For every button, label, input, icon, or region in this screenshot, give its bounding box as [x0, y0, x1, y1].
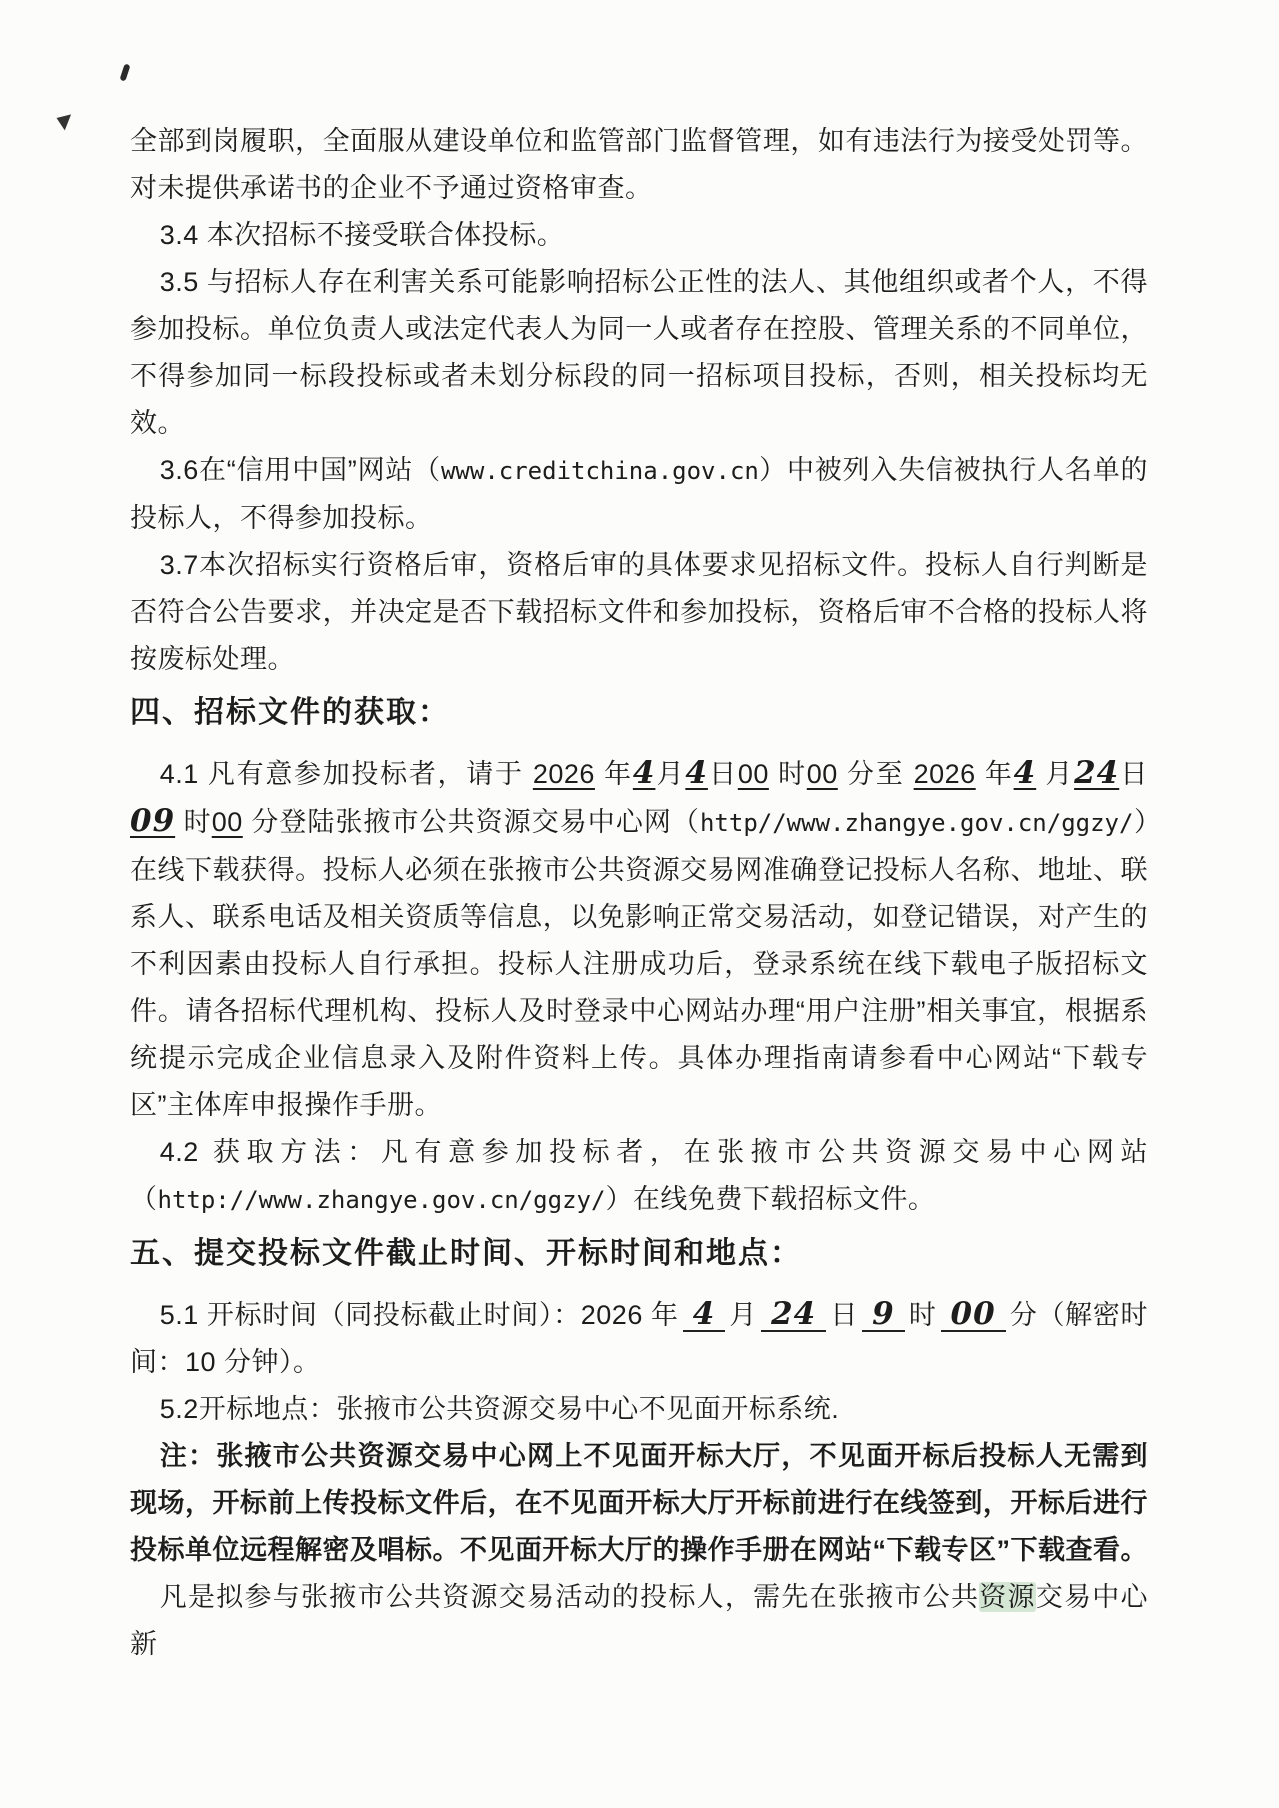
p51-hour-blank: 9	[862, 1300, 905, 1332]
p41-sep-hour-2: 时	[175, 807, 212, 837]
p41-sep-month-1: 月	[655, 759, 685, 789]
p51-lead: 5.1 开标时间（同投标截止时间）：2026 年	[160, 1300, 679, 1330]
zhangye-ggzy-url: http//www.zhangye.gov.cn/ggzy/	[700, 809, 1133, 837]
p41-sep-to: 分至	[838, 759, 914, 789]
paragraph-3-4: 3.4 本次招标不接受联合体投标。	[130, 212, 1148, 259]
p41-month-1-handwritten: 4	[633, 755, 656, 791]
section-5-heading: 五、提交投标文件截止时间、开标时间和地点：	[130, 1230, 1148, 1277]
p51-day-blank: 24	[761, 1300, 826, 1332]
final-lead: 凡是拟参与张掖市公共资源交易活动的投标人，需先在张掖市公共	[160, 1582, 980, 1612]
p41-sep-hour-1: 时	[769, 759, 807, 789]
p41-sep-month-2: 月	[1036, 759, 1074, 789]
p51-sep-day: 日	[830, 1300, 858, 1330]
ink-speck-comma-icon	[120, 63, 131, 81]
p42-tail: ）在线免费下载招标文件。	[605, 1184, 935, 1214]
p41-sep-year-1: 年	[595, 759, 633, 789]
p41-minute-2: 00	[212, 807, 243, 837]
p41-minute-1: 00	[807, 759, 838, 789]
p51-minute-blank: 00	[941, 1300, 1006, 1332]
paragraph-3-5: 3.5 与招标人存在利害关系可能影响招标公正性的法人、其他组织或者个人，不得参加…	[130, 259, 1148, 447]
p51-sep-month: 月	[729, 1300, 757, 1330]
p41-mid-text: 分登陆张掖市公共资源交易中心网（	[243, 807, 700, 837]
p41-hour-2-handwritten: 09	[130, 803, 175, 839]
section-4-heading: 四、招标文件的获取：	[130, 689, 1148, 736]
p51-day-handwritten: 24	[771, 1296, 816, 1332]
p51-minute-handwritten: 00	[951, 1296, 996, 1332]
p41-day-2-handwritten: 24	[1074, 755, 1119, 791]
document-page: 全部到岗履职，全面服从建设单位和监管部门监督管理，如有违法行为接受处罚等。对未提…	[0, 0, 1279, 1808]
p41-tail-text: ）在线下载获得。投标人必须在张掖市公共资源交易网准确登记投标人名称、地址、联系人…	[130, 807, 1148, 1120]
p41-month-2-handwritten: 4	[1014, 755, 1037, 791]
p41-day-1-handwritten: 4	[685, 755, 708, 791]
p41-sep-year-2: 年	[976, 759, 1014, 789]
p51-month-blank: 4	[683, 1300, 726, 1332]
paragraph-note: 注：张掖市公共资源交易中心网上不见面开标大厅，不见面开标后投标人无需到现场，开标…	[130, 1433, 1148, 1574]
paragraph-4-2: 4.2 获取方法：凡有意参加投标者，在张掖市公共资源交易中心网站（http://…	[130, 1129, 1148, 1224]
zhangye-ggzy-url-2: http://www.zhangye.gov.cn/ggzy/	[158, 1186, 606, 1214]
p51-month-handwritten: 4	[693, 1296, 716, 1332]
paragraph-5-2: 5.2开标地点：张掖市公共资源交易中心不见面开标系统.	[130, 1386, 1148, 1433]
ink-speck-triangle-icon	[57, 114, 75, 131]
paragraph-3-3-continuation: 全部到岗履职，全面服从建设单位和监管部门监督管理，如有违法行为接受处罚等。对未提…	[130, 118, 1148, 212]
paragraph-5-1: 5.1 开标时间（同投标截止时间）：2026 年4月24日9时00分（解密时间：…	[130, 1291, 1148, 1386]
paragraph-3-7: 3.7本次招标实行资格后审，资格后审的具体要求见招标文件。投标人自行判断是否符合…	[130, 542, 1148, 683]
p41-hour-1: 00	[738, 759, 769, 789]
p41-lead: 4.1 凡有意参加投标者，请于	[160, 759, 533, 789]
p51-sep-hour: 时	[909, 1300, 937, 1330]
final-green-smudge: 资源	[979, 1582, 1036, 1612]
p41-sep-day-1: 日	[708, 759, 738, 789]
paragraph-final: 凡是拟参与张掖市公共资源交易活动的投标人，需先在张掖市公共资源交易中心新	[130, 1574, 1148, 1668]
p41-year-2: 2026	[914, 759, 976, 789]
p51-hour-handwritten: 9	[872, 1296, 895, 1332]
document-body: 全部到岗履职，全面服从建设单位和监管部门监督管理，如有违法行为接受处罚等。对未提…	[130, 118, 1148, 1668]
creditchina-url: www.creditchina.gov.cn	[441, 457, 759, 485]
paragraph-3-6-text: 3.6在“信用中国”网站（	[160, 455, 441, 485]
paragraph-3-6: 3.6在“信用中国”网站（www.creditchina.gov.cn）中被列入…	[130, 447, 1148, 542]
paragraph-4-1: 4.1 凡有意参加投标者，请于 2026 年4月4日00 时00 分至 2026…	[130, 750, 1148, 1129]
p41-year-1: 2026	[533, 759, 595, 789]
p41-sep-day-2: 日	[1119, 759, 1148, 789]
